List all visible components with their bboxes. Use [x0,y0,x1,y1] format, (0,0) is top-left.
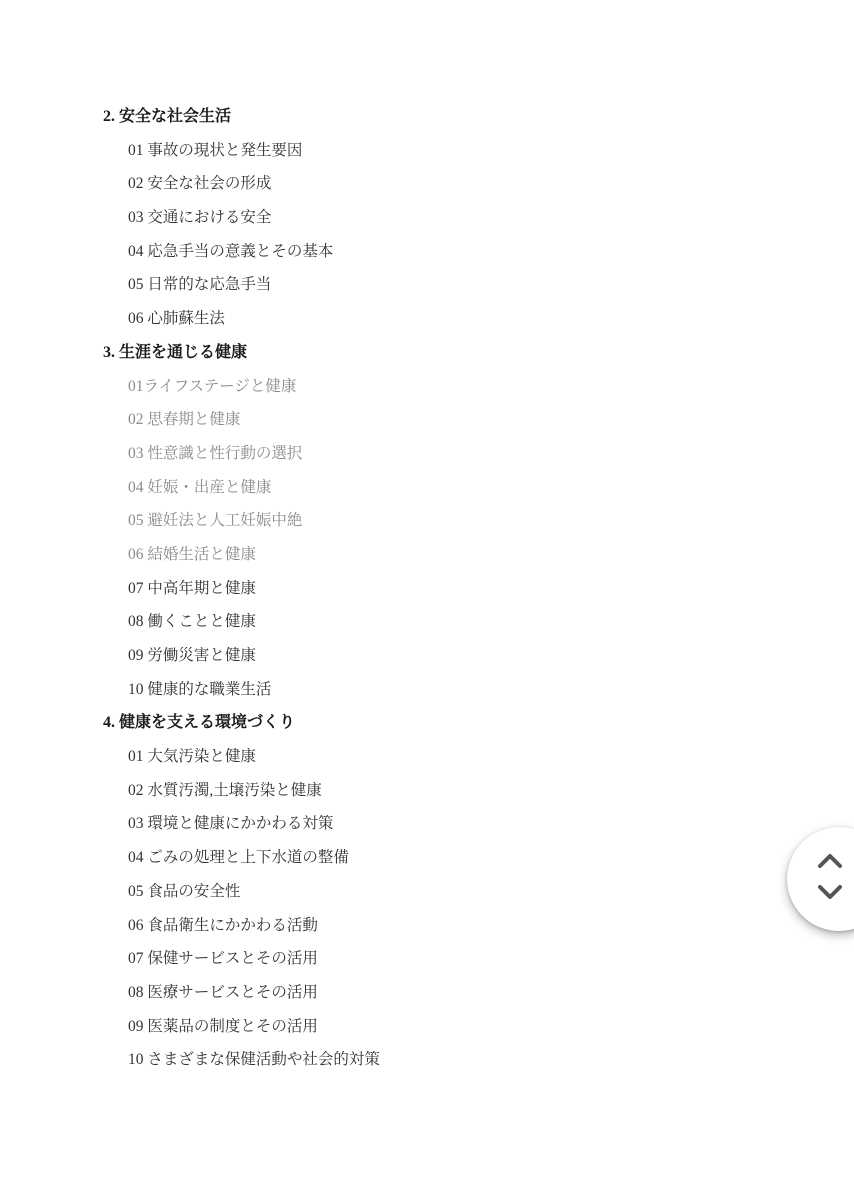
chevron-down-icon[interactable] [817,884,843,902]
section-item-list: 01 大気汚染と健康 02 水質汚濁,土壌汚染と健康 03 環境と健康にかかわる… [103,744,743,1081]
list-item[interactable]: 06 結婚生活と健康 [103,542,743,576]
list-item[interactable]: 09 医薬品の制度とその活用 [103,1014,743,1048]
list-item[interactable]: 08 医療サービスとその活用 [103,980,743,1014]
section-2: 2. 安全な社会生活 01 事故の現状と発生要因 02 安全な社会の形成 03 … [103,104,743,340]
list-item[interactable]: 07 保健サービスとその活用 [103,946,743,980]
scroll-up-down-button[interactable] [787,827,854,931]
list-item[interactable]: 01 大気汚染と健康 [103,744,743,778]
list-item[interactable]: 02 水質汚濁,土壌汚染と健康 [103,778,743,812]
list-item[interactable]: 03 環境と健康にかかわる対策 [103,811,743,845]
section-heading: 2. 安全な社会生活 [103,104,743,138]
list-item[interactable]: 04 応急手当の意義とその基本 [103,239,743,273]
list-item[interactable]: 05 避妊法と人工妊娠中絶 [103,508,743,542]
section-heading: 3. 生涯を通じる健康 [103,340,743,374]
list-item[interactable]: 03 交通における安全 [103,205,743,239]
list-item[interactable]: 04 ごみの処理と上下水道の整備 [103,845,743,879]
list-item[interactable]: 10 健康的な職業生活 [103,677,743,711]
list-item[interactable]: 05 食品の安全性 [103,879,743,913]
section-heading: 4. 健康を支える環境づくり [103,710,743,744]
list-item[interactable]: 02 思春期と健康 [103,407,743,441]
section-item-list: 01 事故の現状と発生要因 02 安全な社会の形成 03 交通における安全 04… [103,138,743,340]
section-3: 3. 生涯を通じる健康 01ライフステージと健康 02 思春期と健康 03 性意… [103,340,743,711]
table-of-contents: 2. 安全な社会生活 01 事故の現状と発生要因 02 安全な社会の形成 03 … [103,104,743,1081]
list-item[interactable]: 01ライフステージと健康 [103,374,743,408]
chevron-up-icon[interactable] [817,851,843,869]
list-item[interactable]: 01 事故の現状と発生要因 [103,138,743,172]
list-item[interactable]: 08 働くことと健康 [103,609,743,643]
list-item[interactable]: 06 心肺蘇生法 [103,306,743,340]
list-item[interactable]: 09 労働災害と健康 [103,643,743,677]
list-item[interactable]: 05 日常的な応急手当 [103,272,743,306]
section-4: 4. 健康を支える環境づくり 01 大気汚染と健康 02 水質汚濁,土壌汚染と健… [103,710,743,1081]
list-item[interactable]: 03 性意識と性行動の選択 [103,441,743,475]
list-item[interactable]: 06 食品衛生にかかわる活動 [103,913,743,947]
list-item[interactable]: 02 安全な社会の形成 [103,171,743,205]
list-item[interactable]: 07 中高年期と健康 [103,576,743,610]
list-item[interactable]: 04 妊娠・出産と健康 [103,475,743,509]
list-item[interactable]: 10 さまざまな保健活動や社会的対策 [103,1047,743,1081]
section-item-list: 01ライフステージと健康 02 思春期と健康 03 性意識と性行動の選択 04 … [103,374,743,711]
